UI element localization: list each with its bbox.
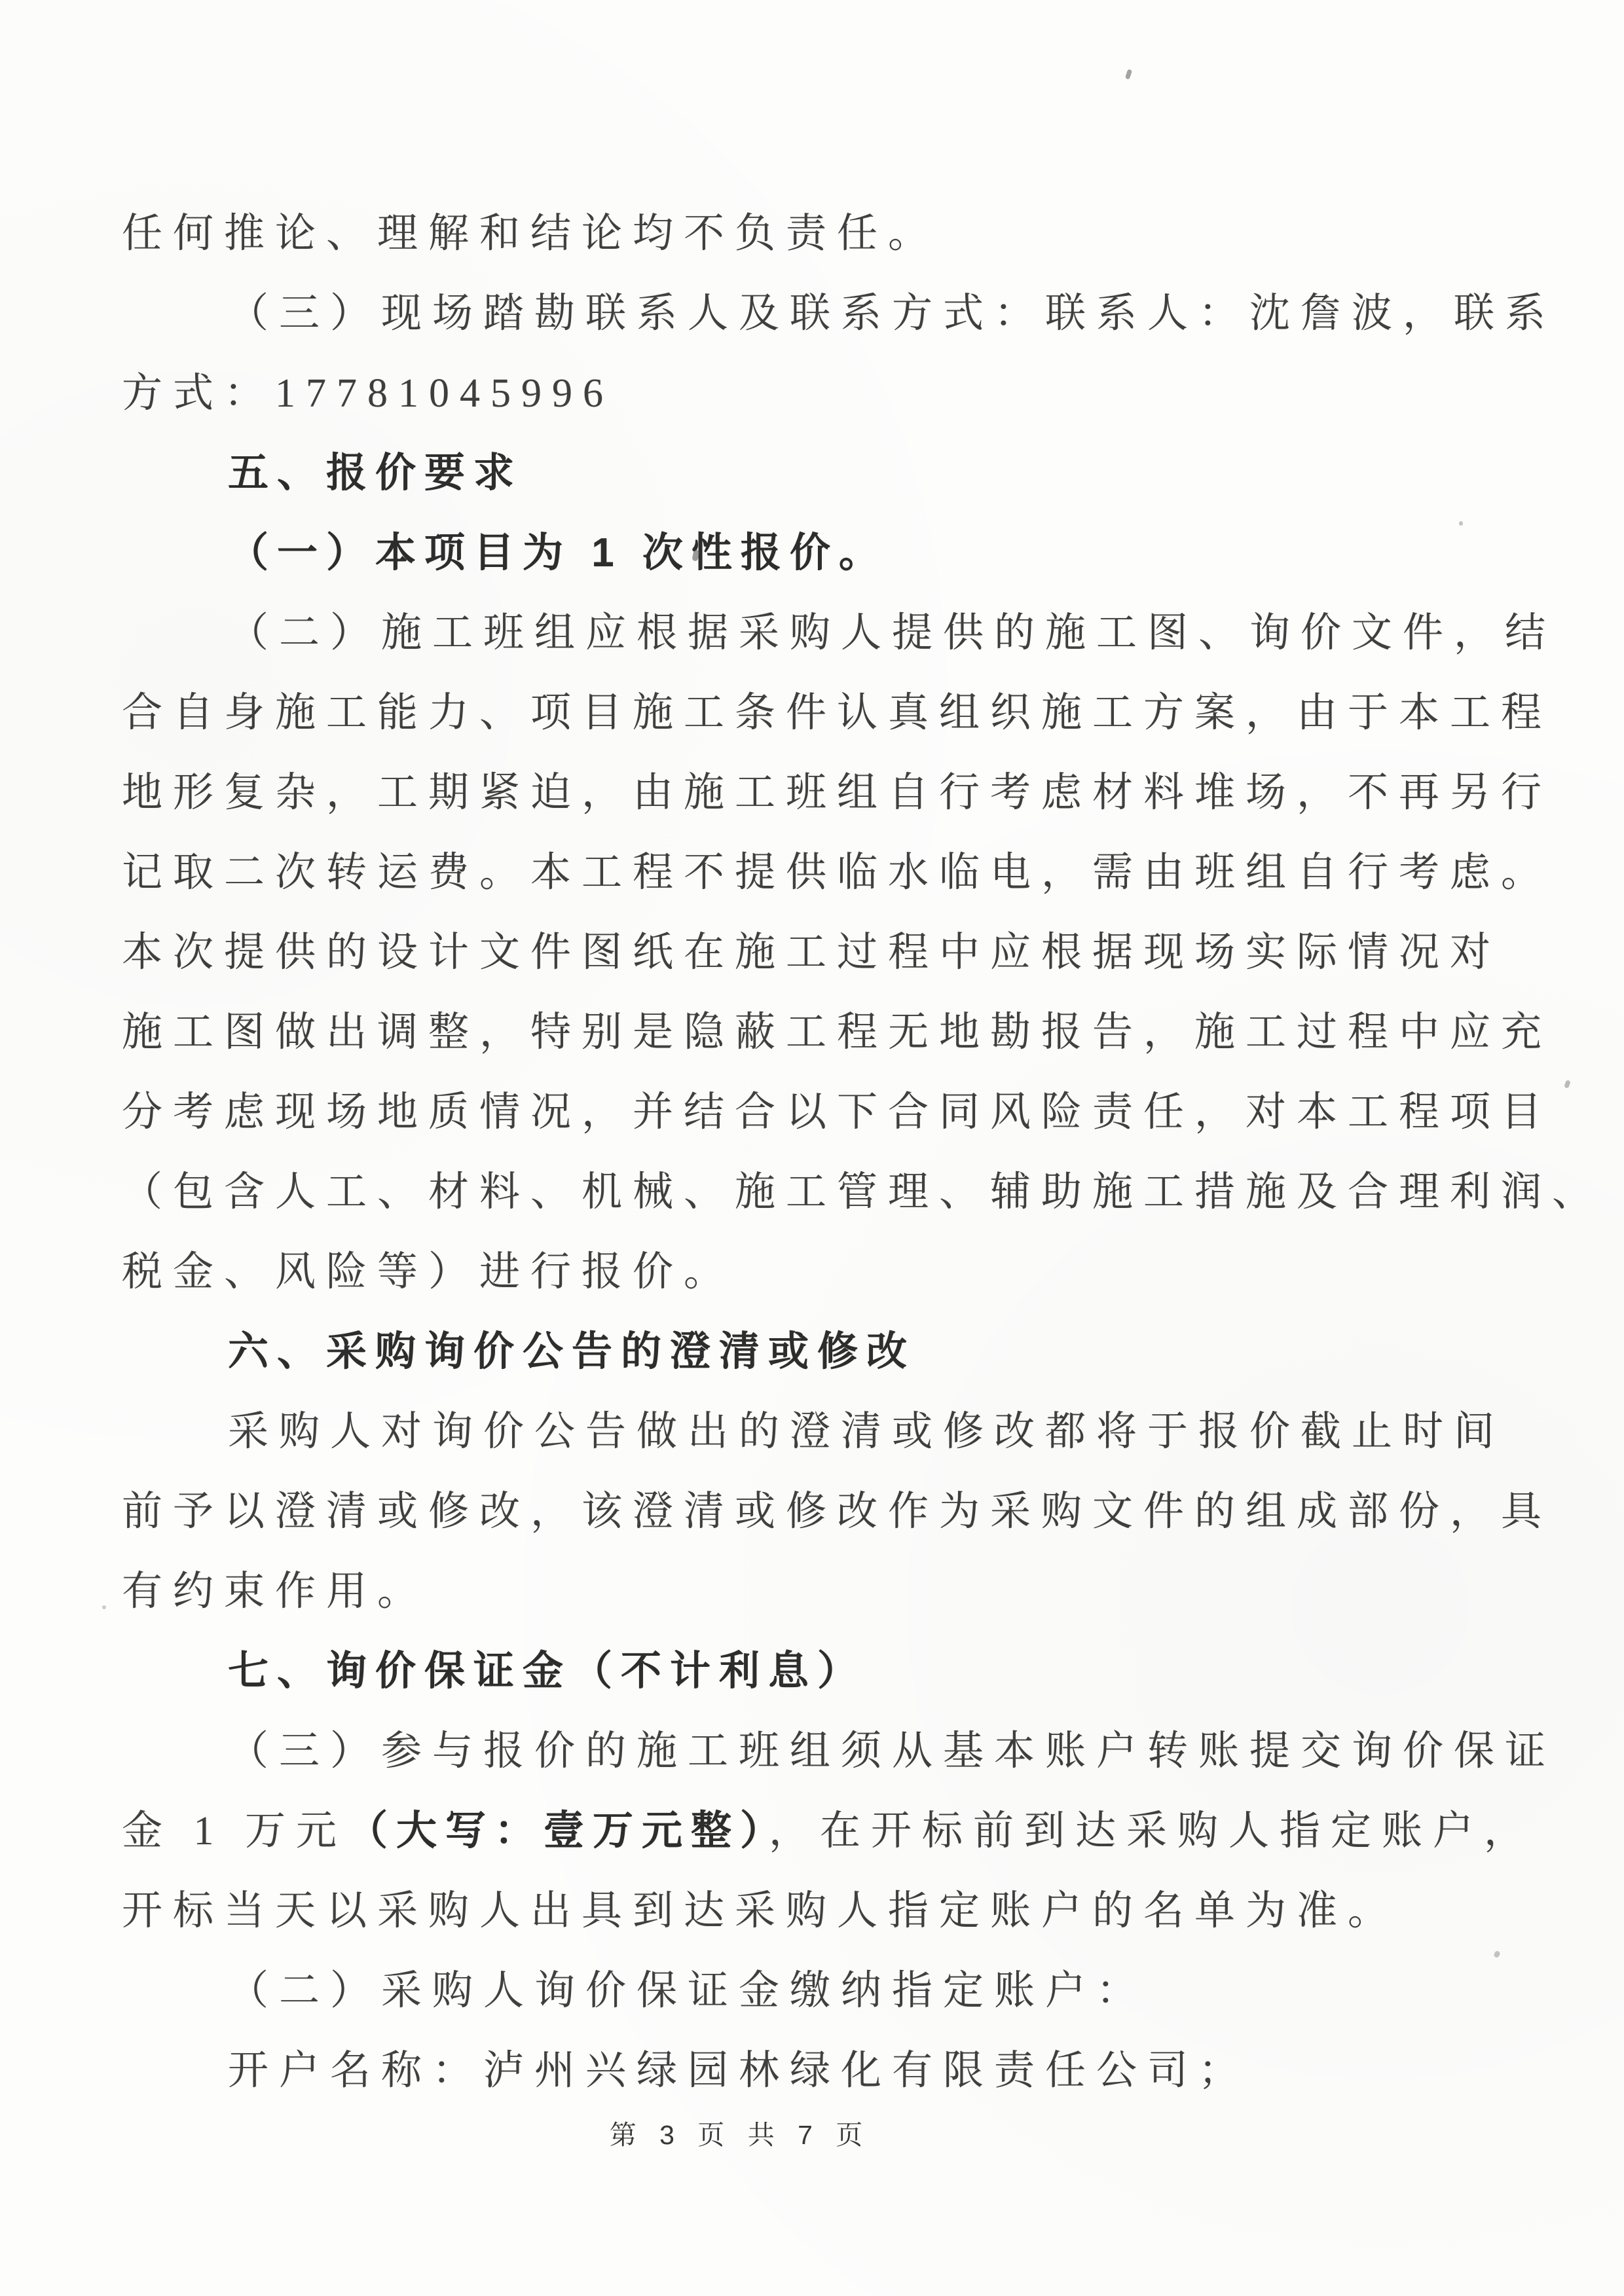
scan-artifact (1125, 69, 1132, 79)
document-line: （一）本项目为 1 次性报价。 (122, 513, 1559, 593)
deposit-amount-capitalized: （大写：壹万元整） (347, 1808, 769, 1853)
document-line: （三）现场踏勘联系人及联系方式：联系人：沈詹波，联系 (122, 274, 1559, 354)
document-line: 地形复杂，工期紧迫，由施工班组自行考虑材料堆场，不再另行 (122, 753, 1559, 833)
document-line: 采购人对询价公告做出的澄清或修改都将于报价截止时间 (122, 1392, 1559, 1472)
document-line: （二）采购人询价保证金缴纳指定账户： (122, 1951, 1559, 2031)
document-body: 任何推论、理解和结论均不负责任。 （三）现场踏勘联系人及联系方式：联系人：沈詹波… (122, 194, 1559, 2111)
scan-artifact (102, 1605, 106, 1609)
document-line: （包含人工、材料、机械、施工管理、辅助施工措施及合理利润、 (122, 1152, 1559, 1232)
deposit-amount-suffix: ，在开标前到达采购人指定账户， (769, 1809, 1535, 1853)
deposit-amount-line: 金 1 万元（大写：壹万元整），在开标前到达采购人指定账户， (122, 1791, 1559, 1871)
document-line: 开户名称：泸州兴绿园林绿化有限责任公司； (122, 2031, 1559, 2111)
heading-section-6: 六、采购询价公告的澄清或修改 (122, 1312, 1559, 1392)
document-line: 合自身施工能力、项目施工条件认真组织施工方案，由于本工程 (122, 673, 1559, 753)
heading-section-5: 五、报价要求 (122, 433, 1559, 513)
heading-section-7: 七、询价保证金（不计利息） (122, 1631, 1559, 1711)
document-line: （二）施工班组应根据采购人提供的施工图、询价文件，结 (122, 593, 1559, 673)
document-line: 施工图做出调整，特别是隐蔽工程无地勘报告，施工过程中应充 (122, 993, 1559, 1072)
document-line: 分考虑现场地质情况，并结合以下合同风险责任，对本工程项目 (122, 1072, 1559, 1152)
scanned-document-page: 任何推论、理解和结论均不负责任。 （三）现场踏勘联系人及联系方式：联系人：沈詹波… (0, 0, 1624, 2296)
deposit-amount-prefix: 金 1 万元 (122, 1809, 347, 1853)
document-line: 前予以澄清或修改，该澄清或修改作为采购文件的组成部份，具 (122, 1472, 1559, 1552)
document-line: 记取二次转运费。本工程不提供临水临电，需由班组自行考虑。 (122, 833, 1559, 913)
scan-artifact (1564, 1080, 1571, 1089)
document-line: 开标当天以采购人出具到达采购人指定账户的名单为准。 (122, 1871, 1559, 1951)
document-line: 方式：17781045996 (122, 354, 1559, 433)
document-line: （三）参与报价的施工班组须从基本账户转账提交询价保证 (122, 1711, 1559, 1791)
document-line: 有约束作用。 (122, 1552, 1559, 1631)
document-line: 任何推论、理解和结论均不负责任。 (122, 194, 1559, 274)
document-line: 税金、风险等）进行报价。 (122, 1232, 1559, 1312)
page-number-footer: 第 3 页 共 7 页 (0, 2113, 1480, 2152)
document-line: 本次提供的设计文件图纸在施工过程中应根据现场实际情况对 (122, 913, 1559, 993)
